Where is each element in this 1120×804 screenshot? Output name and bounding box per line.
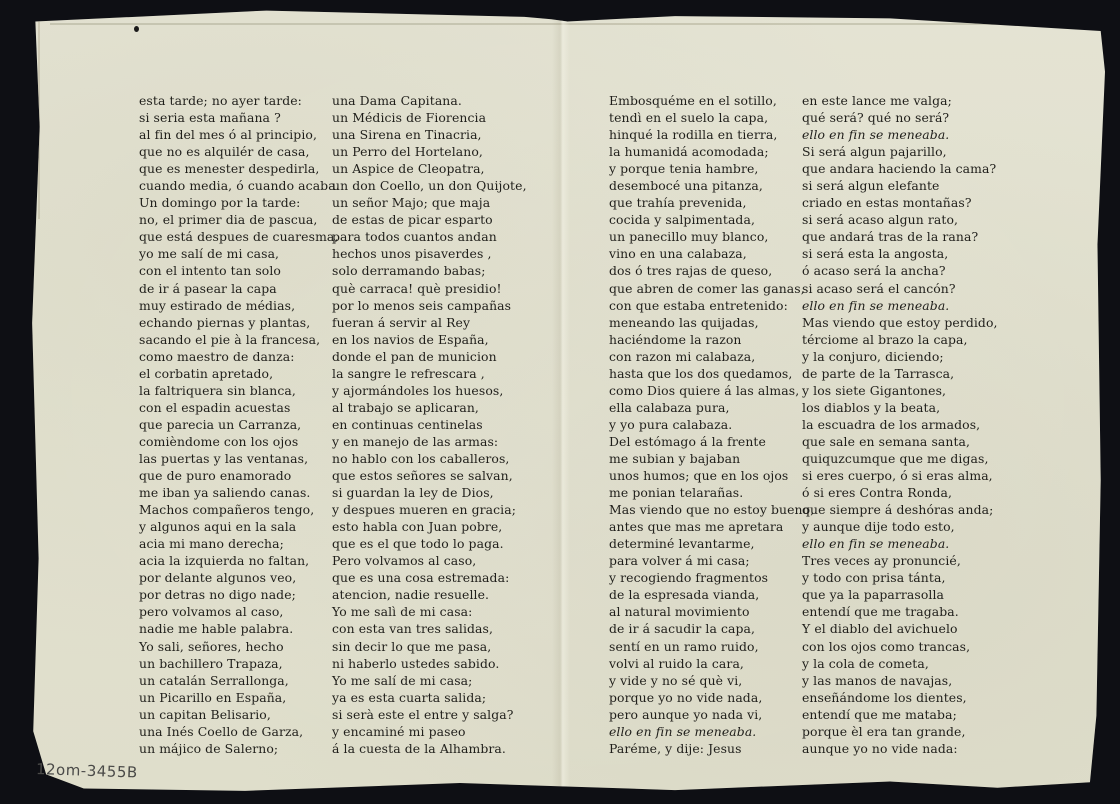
verse-line: y aunque dije todo esto, [802,518,998,535]
verse-line: ó acaso será la ancha? [802,262,998,279]
verse-line: hinqué la rodilla en tierra, [609,126,814,143]
verse-line: qué será? qué no será? [802,109,998,126]
verse-line: que es una cosa estremada: [332,569,527,586]
verse-line: un capitan Belisario, [139,706,340,723]
verse-line: de ir á pasear la capa [139,280,340,297]
center-fold [552,9,570,794]
verse-line: acia la izquierda no faltan, [139,552,340,569]
verse-line: que andara haciendo la cama? [802,160,998,177]
verse-line: Tres veces ay pronuncié, [802,552,998,569]
verse-line: que andará tras de la rana? [802,228,998,245]
verse-line: que sale en semana santa, [802,433,998,450]
verse-line: no hablo con los caballeros, [332,450,527,467]
verse-line: nadie me hable palabra. [139,620,340,637]
verse-line: meneando las quijadas, [609,314,814,331]
left-page-column-1: esta tarde; no ayer tarde:si seria esta … [139,92,340,757]
verse-line: que siempre á deshóras anda; [802,501,998,518]
verse-line: en este lance me valga; [802,92,998,109]
verse-line: por delante algunos veo, [139,569,340,586]
verse-line: Yo me salì de mi casa: [332,603,527,620]
verse-line: entendí que me tragaba. [802,603,998,620]
verse-line: de ir á sacudir la capa, [609,620,814,637]
verse-line: si guardan la ley de Dios, [332,484,527,501]
pin-hole [134,26,139,32]
verse-line: las puertas y las ventanas, [139,450,340,467]
verse-line: Machos compañeros tengo, [139,501,340,518]
verse-line: cuando media, ó cuando acaba. [139,177,340,194]
verse-line: pero aunque yo nada vi, [609,706,814,723]
verse-line: atencion, nadie resuelle. [332,586,527,603]
verse-line: que de puro enamorado [139,467,340,484]
verse-line: Pero volvamos al caso, [332,552,527,569]
verse-line: haciéndome la razon [609,331,814,348]
verse-line: Si será algun pajarillo, [802,143,998,160]
verse-line: que ya la paparrasolla [802,586,998,603]
verse-line: un Aspice de Cleopatra, [332,160,527,177]
verse-line: al fin del mes ó al principio, [139,126,340,143]
verse-line: con esta van tres salidas, [332,620,527,637]
verse-line: una Sirena en Tinacria, [332,126,527,143]
verse-line: me subian y bajaban [609,450,814,467]
verse-line: sentí en un ramo ruido, [609,638,814,655]
verse-line: y vide y no sé què vi, [609,672,814,689]
verse-line: sacando el pie à la francesa, [139,331,340,348]
verse-line: de la espresada vianda, [609,586,814,603]
verse-line: comièndome con los ojos [139,433,340,450]
verse-line: Paréme, y dije: Jesus [609,740,814,757]
verse-line: me iban ya saliendo canas. [139,484,340,501]
verse-line: Un domingo por la tarde: [139,194,340,211]
verse-line: el corbatin apretado, [139,365,340,382]
verse-line: por detras no digo nade; [139,586,340,603]
verse-line: me ponian telarañas. [609,484,814,501]
verse-line: aunque yo no vide nada: [802,740,998,757]
verse-line: esta tarde; no ayer tarde: [139,92,340,109]
verse-line: si seria esta mañana ? [139,109,340,126]
verse-line: ello en fin se meneaba. [609,723,814,740]
verse-line: muy estirado de médias, [139,297,340,314]
verse-line: donde el pan de municion [332,348,527,365]
verse-line: con que estaba entretenido: [609,297,814,314]
verse-line: á la cuesta de la Alhambra. [332,740,527,757]
verse-line: ello en fin se meneaba. [802,297,998,314]
verse-line: y en manejo de las armas: [332,433,527,450]
verse-line: la sangre le refrescara , [332,365,527,382]
verse-line: que no es alquilér de casa, [139,143,340,160]
verse-line: si será algun elefante [802,177,998,194]
verse-line: y encaminé mi paseo [332,723,527,740]
verse-line: y ajormándoles los huesos, [332,382,527,399]
verse-line: y algunos aqui en la sala [139,518,340,535]
verse-line: que está despues de cuaresma, [139,228,340,245]
verse-line: que trahía prevenida, [609,194,814,211]
right-page-column-2: en este lance me valga;qué será? qué no … [802,92,998,757]
verse-line: como Dios quiere á las almas, [609,382,814,399]
verse-line: un don Coello, un don Quijote, [332,177,527,194]
verse-line: esto habla con Juan pobre, [332,518,527,535]
verse-line: yo me salí de mi casa, [139,245,340,262]
verse-line: si será acaso algun rato, [802,211,998,228]
verse-line: ello en fin se meneaba. [802,126,998,143]
verse-line: hasta que los dos quedamos, [609,365,814,382]
verse-line: sin decir lo que me pasa, [332,638,527,655]
verse-line: una Dama Capitana. [332,92,527,109]
verse-line: echando piernas y plantas, [139,314,340,331]
verse-line: Y el diablo del avichuelo [802,620,998,637]
verse-line: criado en estas montañas? [802,194,998,211]
verse-line: los diablos y la beata, [802,399,998,416]
verse-line: y yo pura calabaza. [609,416,814,433]
verse-line: de estas de picar esparto [332,211,527,228]
verse-line: entendí que me mataba; [802,706,998,723]
verse-line: si serà este el entre y salga? [332,706,527,723]
verse-line: hechos unos pisaverdes , [332,245,527,262]
verse-line: dos ó tres rajas de queso, [609,262,814,279]
verse-line: con el espadin acuestas [139,399,340,416]
verse-line: quiquzcumque que me digas, [802,450,998,467]
verse-line: si será esta la angosta, [802,245,998,262]
verse-line: què carraca! què presidio! [332,280,527,297]
verse-line: la faltriquera sin blanca, [139,382,340,399]
verse-line: y las manos de navajas, [802,672,998,689]
verse-line: que abren de comer las ganas, [609,280,814,297]
verse-line: Mas viendo que estoy perdido, [802,314,998,331]
verse-line: no, el primer dia de pascua, [139,211,340,228]
verse-line: si eres cuerpo, ó si eras alma, [802,467,998,484]
verse-line: ni haberlo ustedes sabido. [332,655,527,672]
verse-line: fueran á servir al Rey [332,314,527,331]
verse-line: la humanidá acomodada; [609,143,814,160]
verse-line: que estos señores se salvan, [332,467,527,484]
verse-line: y los siete Gigantones, [802,382,998,399]
verse-line: vino en una calabaza, [609,245,814,262]
verse-line: pero volvamos al caso, [139,603,340,620]
verse-line: Yo me salí de mi casa; [332,672,527,689]
verse-line: con el intento tan solo [139,262,340,279]
verse-line: una Inés Coello de Garza, [139,723,340,740]
verse-line: enseñándome los dientes, [802,689,998,706]
verse-line: antes que mas me apretara [609,518,814,535]
verse-line: un Médicis de Fiorencia [332,109,527,126]
right-page-column-1: Embosquéme en el sotillo,tendì en el sue… [609,92,814,757]
verse-line: un Picarillo en España, [139,689,340,706]
verse-line: que es menester despedirla, [139,160,340,177]
verse-line: ella calabaza pura, [609,399,814,416]
verse-line: por lo menos seis campañas [332,297,527,314]
verse-line: al trabajo se aplicaran, [332,399,527,416]
verse-line: ya es esta cuarta salida; [332,689,527,706]
verse-line: solo derramando babas; [332,262,527,279]
verse-line: determiné levantarme, [609,535,814,552]
verse-line: con los ojos como trancas, [802,638,998,655]
pencil-shelfmark: 12om-3455B [36,760,138,782]
verse-line: Del estómago á la frente [609,433,814,450]
verse-line: y despues mueren en gracia; [332,501,527,518]
verse-line: en continuas centinelas [332,416,527,433]
verse-line: tendì en el suelo la capa, [609,109,814,126]
verse-line: un señor Majo; que maja [332,194,527,211]
verse-line: como maestro de danza: [139,348,340,365]
verse-line: y porque tenia hambre, [609,160,814,177]
left-crease [38,19,40,219]
verse-line: que es el que todo lo paga. [332,535,527,552]
verse-line: la escuadra de los armados, [802,416,998,433]
verse-line: Mas viendo que no estoy bueno, [609,501,814,518]
verse-line: ó si eres Contra Ronda, [802,484,998,501]
verse-line: Yo sali, señores, hecho [139,638,340,655]
verse-line: un panecillo muy blanco, [609,228,814,245]
verse-line: de parte de la Tarrasca, [802,365,998,382]
verse-line: al natural movimiento [609,603,814,620]
left-page-column-2: una Dama Capitana.un Médicis de Fiorenci… [332,92,527,757]
verse-line: un májico de Salerno; [139,740,340,757]
scanned-document: esta tarde; no ayer tarde:si seria esta … [0,0,1120,804]
verse-line: unos humos; que en los ojos [609,467,814,484]
verse-line: y recogiendo fragmentos [609,569,814,586]
verse-line: cocida y salpimentada, [609,211,814,228]
verse-line: que parecia un Carranza, [139,416,340,433]
verse-line: Embosquéme en el sotillo, [609,92,814,109]
verse-line: acia mi mano derecha; [139,535,340,552]
verse-line: para volver á mi casa; [609,552,814,569]
verse-line: desembocé una pitanza, [609,177,814,194]
top-crease [50,23,1097,25]
verse-line: un bachillero Trapaza, [139,655,340,672]
verse-line: volvi al ruido la cara, [609,655,814,672]
verse-line: y la cola de cometa, [802,655,998,672]
verse-line: porque yo no vide nada, [609,689,814,706]
verse-line: un catalán Serrallonga, [139,672,340,689]
verse-line: si acaso será el cancón? [802,280,998,297]
verse-line: y la conjuro, diciendo; [802,348,998,365]
verse-line: un Perro del Hortelano, [332,143,527,160]
verse-line: porque èl era tan grande, [802,723,998,740]
verse-line: y todo con prisa tánta, [802,569,998,586]
verse-line: con razon mi calabaza, [609,348,814,365]
verse-line: en los navios de España, [332,331,527,348]
verse-line: para todos cuantos andan [332,228,527,245]
verse-line: térciome al brazo la capa, [802,331,998,348]
verse-line: ello en fin se meneaba. [802,535,998,552]
